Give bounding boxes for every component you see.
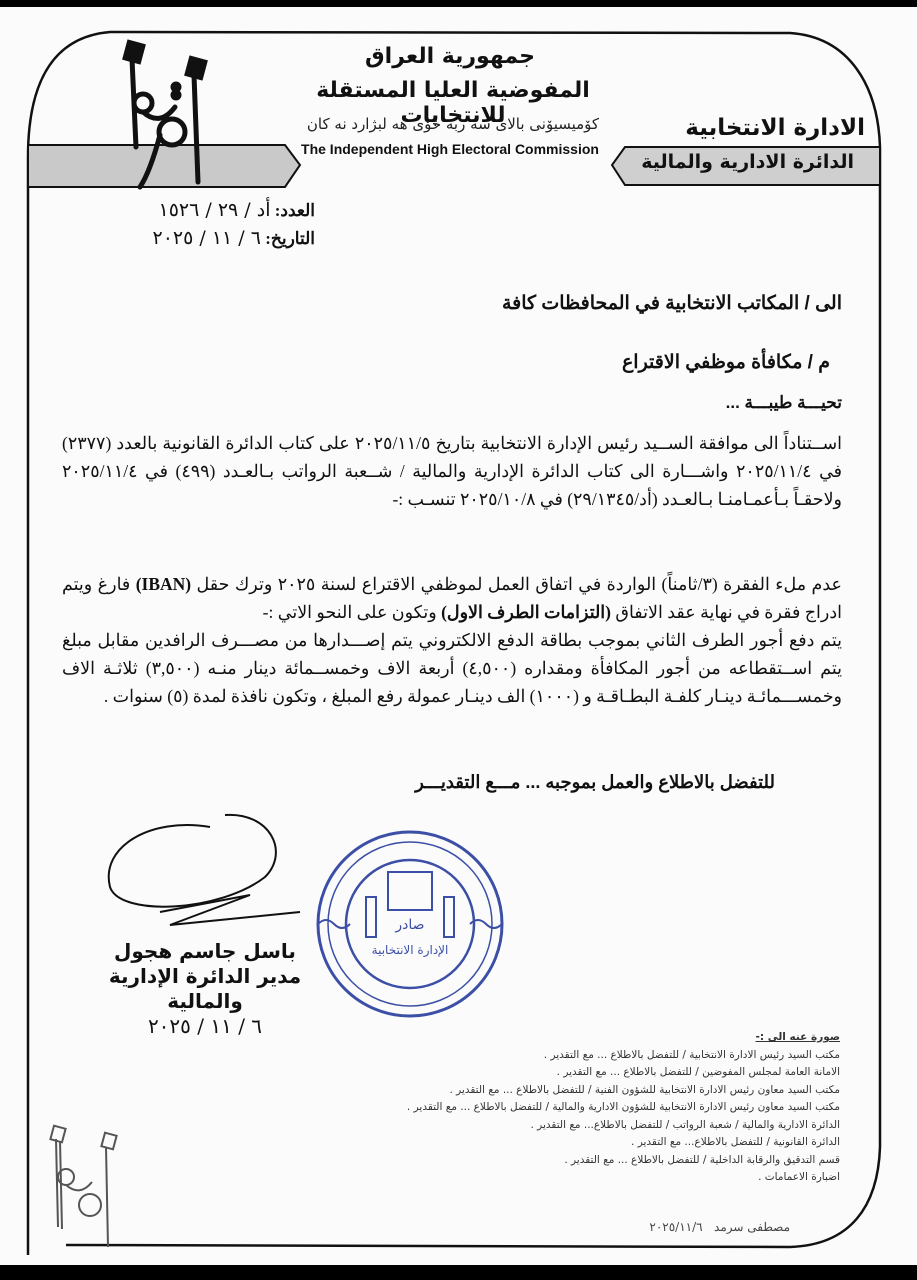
copy-item: مكتب السيد معاون رئيس الادارة الانتخابية… [380, 1099, 840, 1117]
typist-note: مصطفى سرمد ٢٠٢٥/١١/٦ [600, 1220, 790, 1234]
reference-number: العدد: أد / ٢٩ / ١٥٢٦ [95, 199, 315, 221]
copies-title: صورة عنه الى :- [380, 1029, 840, 1047]
body-paragraph-1: اســتناداً الى موافقة الســيد رئيس الإدا… [62, 429, 842, 513]
body-paragraph-3: يتم دفع أجور الطرف الثاني بموجب بطاقة ال… [62, 626, 842, 710]
country-name: جمهورية العراق [300, 44, 600, 69]
body-paragraph-2: عدم ملء الفقرة (٣/ثامناً) الواردة في اتف… [62, 570, 842, 626]
copy-item: الدائرة القانونية / للتفضل بالاطلاع... م… [380, 1134, 840, 1152]
commission-name-en: The Independent High Electoral Commissio… [300, 141, 600, 157]
typist-name: مصطفى سرمد [714, 1220, 790, 1234]
letter-page: صادر الإدارة الانتخابية جمهورية العراق ا… [0, 7, 917, 1265]
commission-name-ku: كۆميسيۆنى بالاى سه ربه خۆى هه لبژارد نه … [298, 115, 608, 133]
closing-line: للتفضل بالاطلاع والعمل بموجبه ... مـــع … [240, 772, 775, 793]
signature-date: ٦ / ١١ / ٢٠٢٥ [80, 1014, 330, 1039]
typist-date: ٢٠٢٥/١١/٦ [649, 1220, 702, 1234]
reference-date-label: التاريخ: [265, 229, 315, 248]
copy-item: اضبارة الاعمامات . [380, 1169, 840, 1187]
signature-scribble [109, 815, 300, 925]
svg-text:الإدارة الانتخابية: الإدارة الانتخابية [372, 943, 449, 958]
copy-item: الامانة العامة لمجلس المفوضين / للتفضل ب… [380, 1064, 840, 1082]
reference-date: التاريخ: ٦ / ١١ / ٢٠٢٥ [115, 227, 315, 249]
svg-text:صادر: صادر [394, 917, 424, 933]
addressee: الى / المكاتب الانتخابية في المحافظات كا… [230, 292, 842, 315]
copy-item: مكتب السيد معاون رئيس الادارة الانتخابية… [380, 1082, 840, 1100]
official-stamp: صادر الإدارة الانتخابية [318, 832, 502, 1016]
signature-block: باسل جاسم هجول مدير الدائرة الإدارية وال… [80, 939, 330, 1039]
paragraph-2-text-1: عدم ملء الفقرة (٣/ثامناً) الواردة في اتف… [197, 574, 842, 594]
copies-list: صورة عنه الى :- مكتب السيد رئيس الادارة … [380, 1029, 840, 1187]
iban-term: (IBAN) [136, 574, 191, 594]
reference-number-value: أد / ٢٩ / ١٥٢٦ [159, 199, 271, 221]
signatory-name: باسل جاسم هجول [80, 939, 330, 964]
copy-item: الدائرة الادارية والمالية / شعبة الرواتب… [380, 1117, 840, 1135]
subject: م / مكافأة موظفي الاقتراع [420, 351, 830, 374]
copy-item: قسم التدقيق والرقابة الداخلية / للتفضل ب… [380, 1152, 840, 1170]
signatory-title: مدير الدائرة الإدارية والمالية [80, 964, 330, 1014]
first-party-obligations: (التزامات الطرف الاول) [441, 602, 611, 622]
paragraph-2-text-3: وتكون على النحو الاتي :- [263, 602, 437, 622]
department-name: الادارة الانتخابية [620, 115, 865, 141]
greeting: تحيـــة طيبـــة ... [620, 393, 842, 413]
copy-item: مكتب السيد رئيس الادارة الانتخابية / للت… [380, 1047, 840, 1065]
reference-number-label: العدد: [275, 201, 315, 220]
reference-date-value: ٦ / ١١ / ٢٠٢٥ [153, 227, 261, 249]
directorate-name: الدائرة الادارية والمالية [618, 151, 854, 173]
